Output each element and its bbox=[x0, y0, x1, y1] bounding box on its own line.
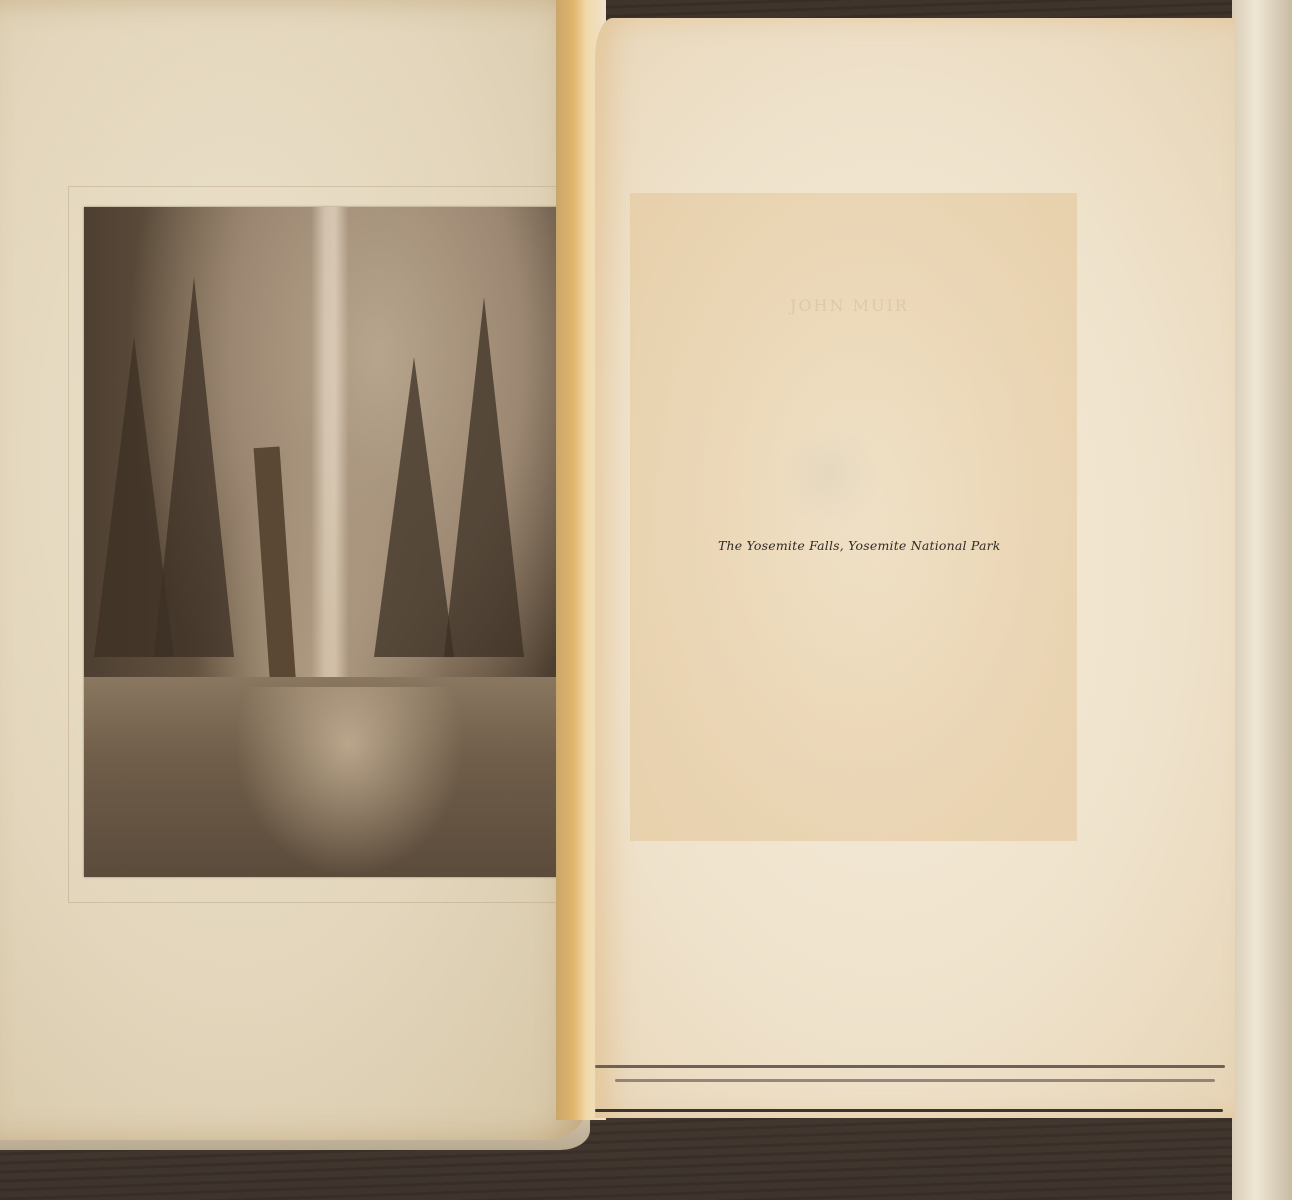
ghosted-portrait bbox=[780, 420, 880, 530]
ghosted-author: JOHN MUIR bbox=[790, 296, 909, 315]
left-page bbox=[0, 0, 585, 1140]
dirt-path bbox=[234, 687, 464, 877]
pine-tree-shape bbox=[444, 297, 524, 657]
page-edges bbox=[595, 1065, 1230, 1115]
table-edge-right bbox=[1232, 0, 1292, 1200]
plate-caption: The Yosemite Falls, Yosemite National Pa… bbox=[718, 538, 1001, 553]
pine-tree-shape bbox=[374, 357, 454, 657]
yosemite-falls-photograph bbox=[84, 207, 557, 877]
pine-tree-shape bbox=[154, 277, 234, 657]
